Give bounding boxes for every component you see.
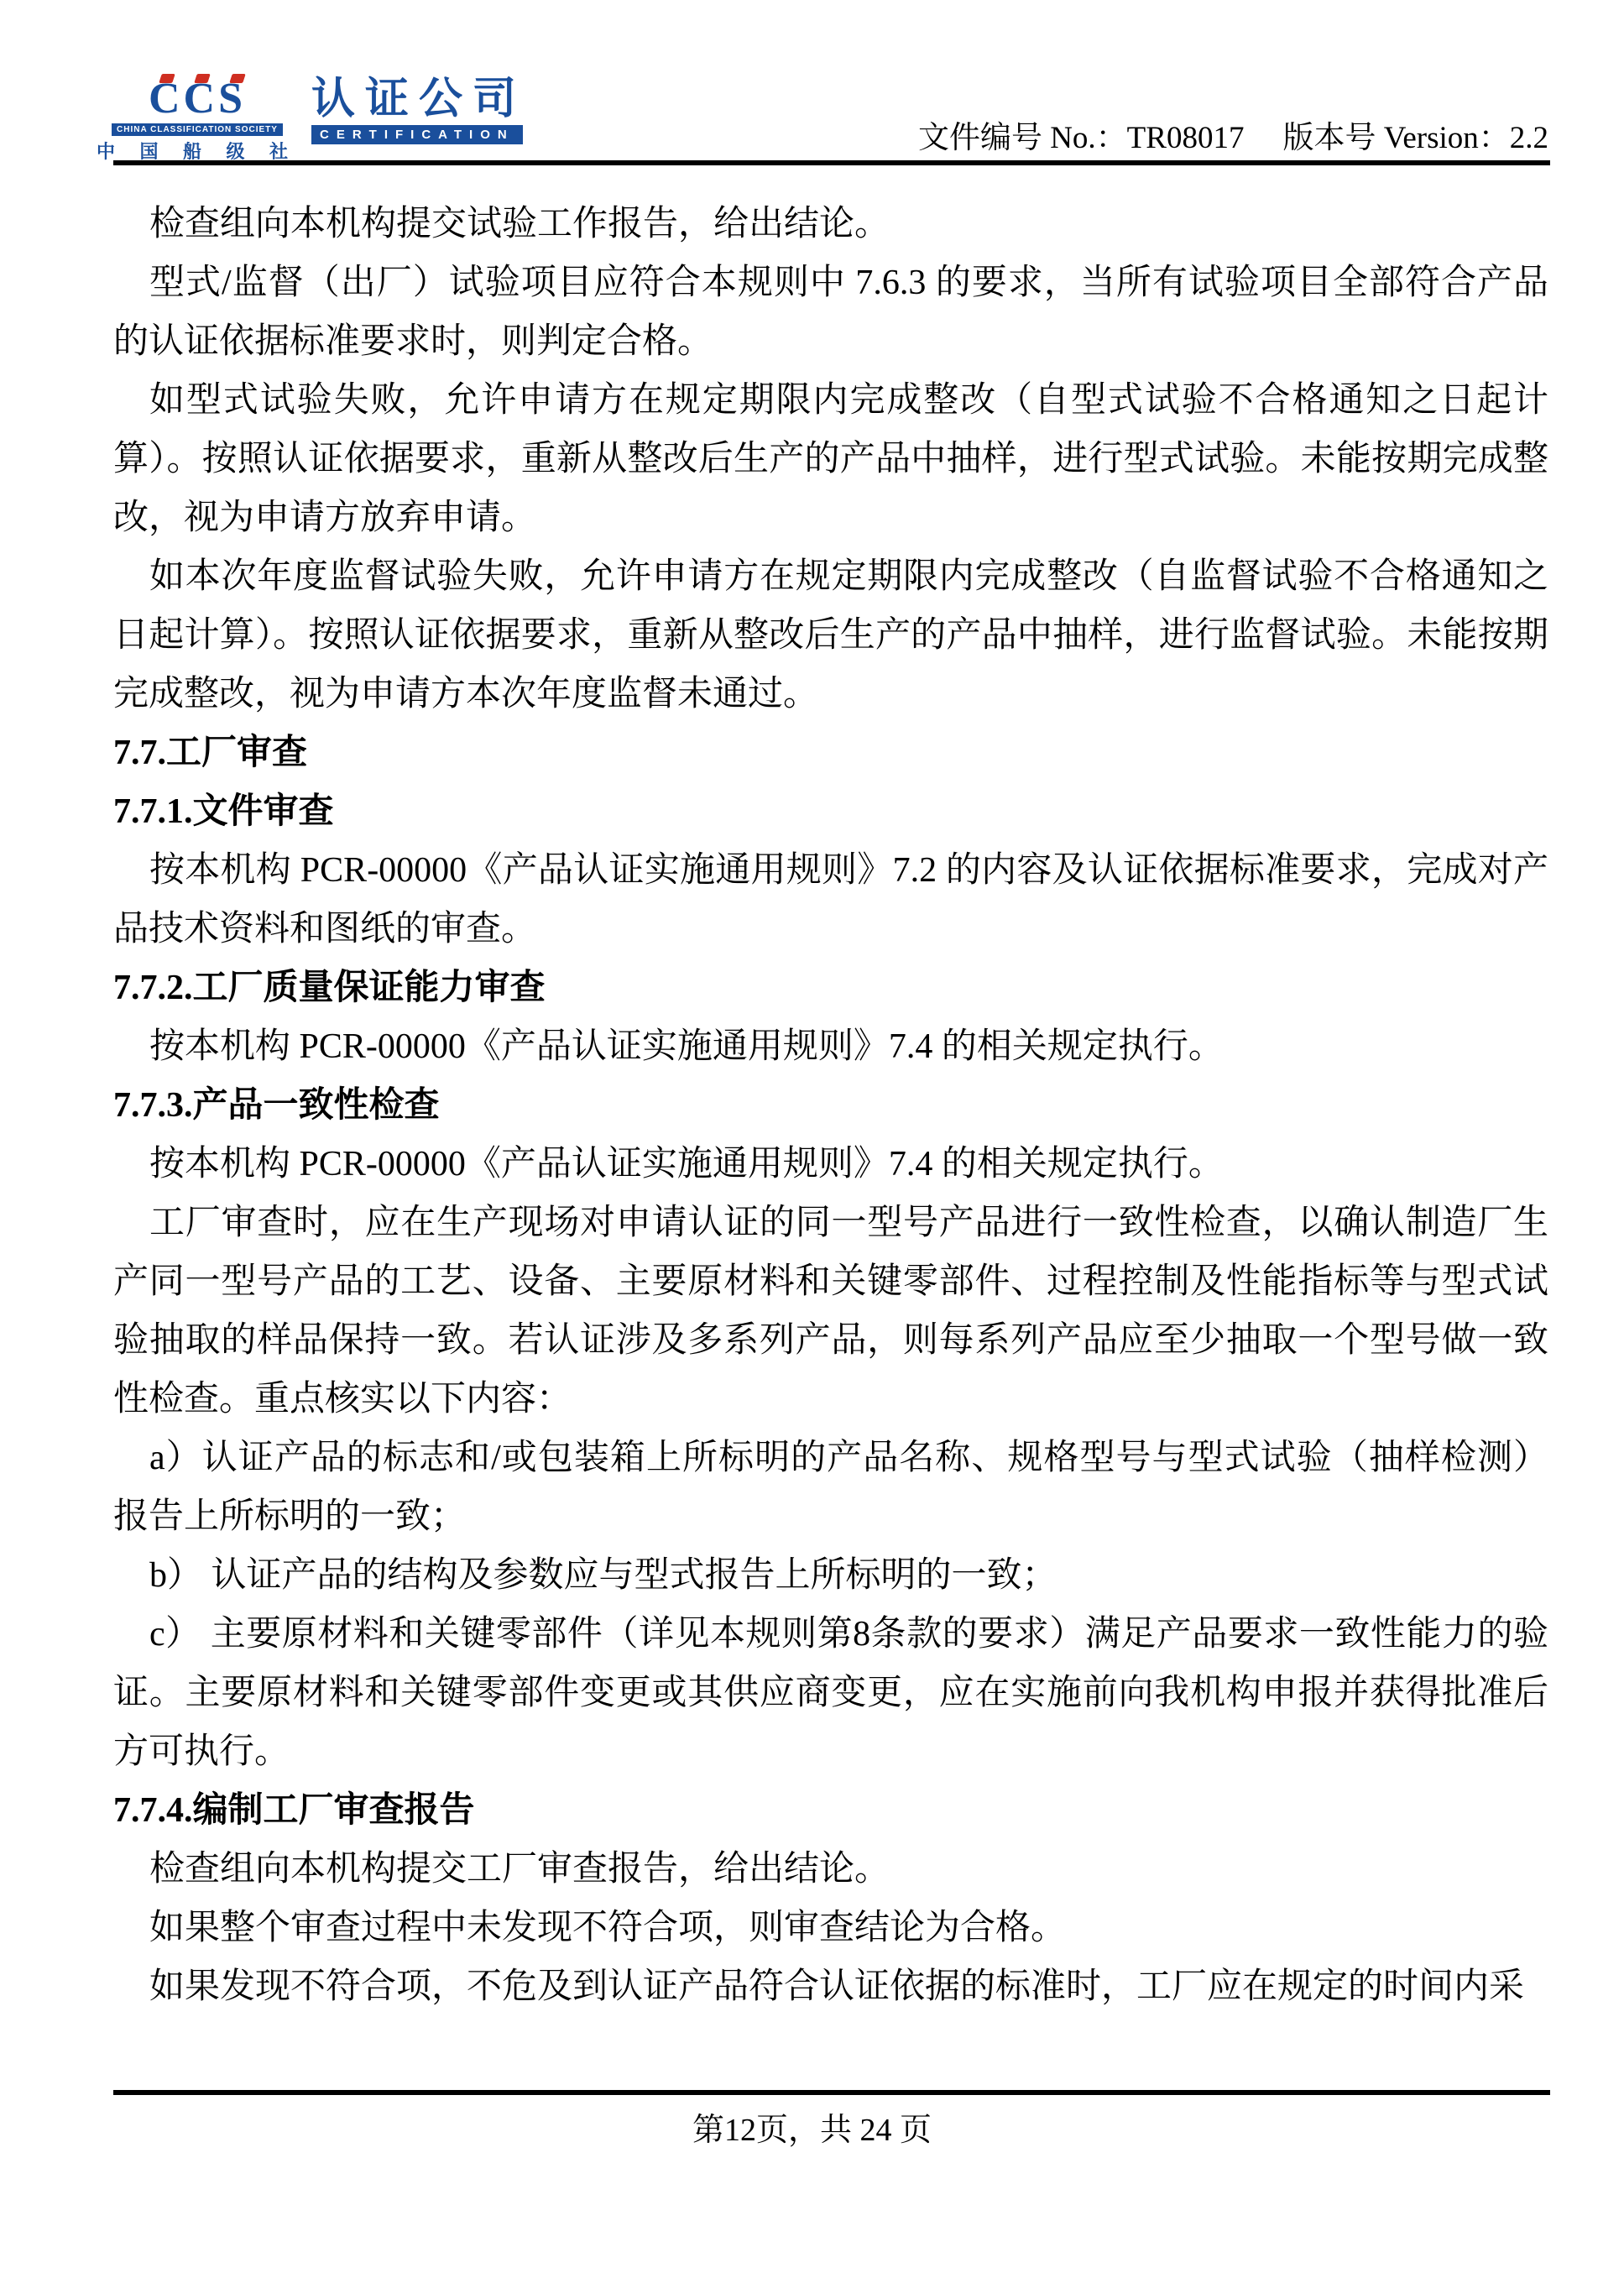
ccs-logo-left: CCS CHINA CLASSIFICATION SOCIETY 中 国 船 级…: [97, 77, 298, 164]
section-heading: 7.7.1.文件审查: [113, 782, 1548, 841]
body-paragraph: 如果整个审查过程中未发现不符合项，则审查结论为合格。: [113, 1899, 1548, 1957]
section-heading: 7.7.工厂审查: [113, 724, 1548, 782]
body-paragraph: 型式/监督（出厂）试验项目应符合本规则中 7.6.3 的要求，当所有试验项目全部…: [113, 253, 1548, 371]
body-paragraph: 按本机构 PCR-00000《产品认证实施通用规则》7.4 的相关规定执行。: [113, 1135, 1548, 1194]
body-paragraph: 工厂审查时，应在生产现场对申请认证的同一型号产品进行一致性检查，以确认制造厂生产…: [113, 1194, 1548, 1429]
document-meta: 文件编号 No.：TR08017版本号 Version：2.2: [918, 112, 1548, 157]
document-body: 检查组向本机构提交试验工作报告，给出结论。型式/监督（出厂）试验项目应符合本规则…: [113, 195, 1548, 2016]
body-paragraph: 按本机构 PCR-00000《产品认证实施通用规则》7.4 的相关规定执行。: [113, 1017, 1548, 1076]
body-paragraph: 按本机构 PCR-00000《产品认证实施通用规则》7.2 的内容及认证依据标准…: [113, 841, 1548, 959]
body-paragraph: c） 主要原材料和关键零部件（详见本规则第8条款的要求）满足产品要求一致性能力的…: [113, 1605, 1548, 1781]
body-paragraph: 如本次年度监督试验失败，允许申请方在规定期限内完成整改（自监督试验不合格通知之日…: [113, 547, 1548, 724]
ccs-logo-mark: CCS: [149, 77, 246, 121]
ccs-logo-right: 认证公司 CERTIFICATION: [311, 77, 526, 144]
body-paragraph: b） 认证产品的结构及参数应与型式报告上所标明的一致；: [113, 1546, 1548, 1605]
body-paragraph: a）认证产品的标志和/或包装箱上所标明的产品名称、规格型号与型式试验（抽样检测）…: [113, 1429, 1548, 1546]
document-page: CCS CHINA CLASSIFICATION SOCIETY 中 国 船 级…: [0, 0, 1624, 2278]
body-paragraph: 检查组向本机构提交试验工作报告，给出结论。: [113, 195, 1548, 253]
body-paragraph: 如果发现不符合项，不危及到认证产品符合认证依据的标准时，工厂应在规定的时间内采: [113, 1957, 1548, 2016]
document-version: 版本号 Version：2.2: [1282, 121, 1548, 155]
ccs-logo: CCS CHINA CLASSIFICATION SOCIETY 中 国 船 级…: [97, 77, 526, 164]
header-rule: [113, 160, 1550, 165]
body-paragraph: 检查组向本机构提交工厂审查报告，给出结论。: [113, 1840, 1548, 1899]
section-heading: 7.7.3.产品一致性检查: [113, 1076, 1548, 1135]
footer-rule: [113, 2090, 1550, 2095]
logo-company-name: 认证公司: [311, 77, 526, 122]
document-number: 文件编号 No.：TR08017: [918, 121, 1245, 155]
body-paragraph: 如型式试验失败，允许申请方在规定期限内完成整改（自型式试验不合格通知之日起计算）…: [113, 371, 1548, 547]
logo-society-en: CHINA CLASSIFICATION SOCIETY: [112, 123, 283, 136]
page-number: 第12页，共 24 页: [0, 2103, 1624, 2150]
section-heading: 7.7.4.编制工厂审查报告: [113, 1781, 1548, 1840]
section-heading: 7.7.2.工厂质量保证能力审查: [113, 959, 1548, 1017]
logo-certification-bar: CERTIFICATION: [311, 125, 523, 144]
